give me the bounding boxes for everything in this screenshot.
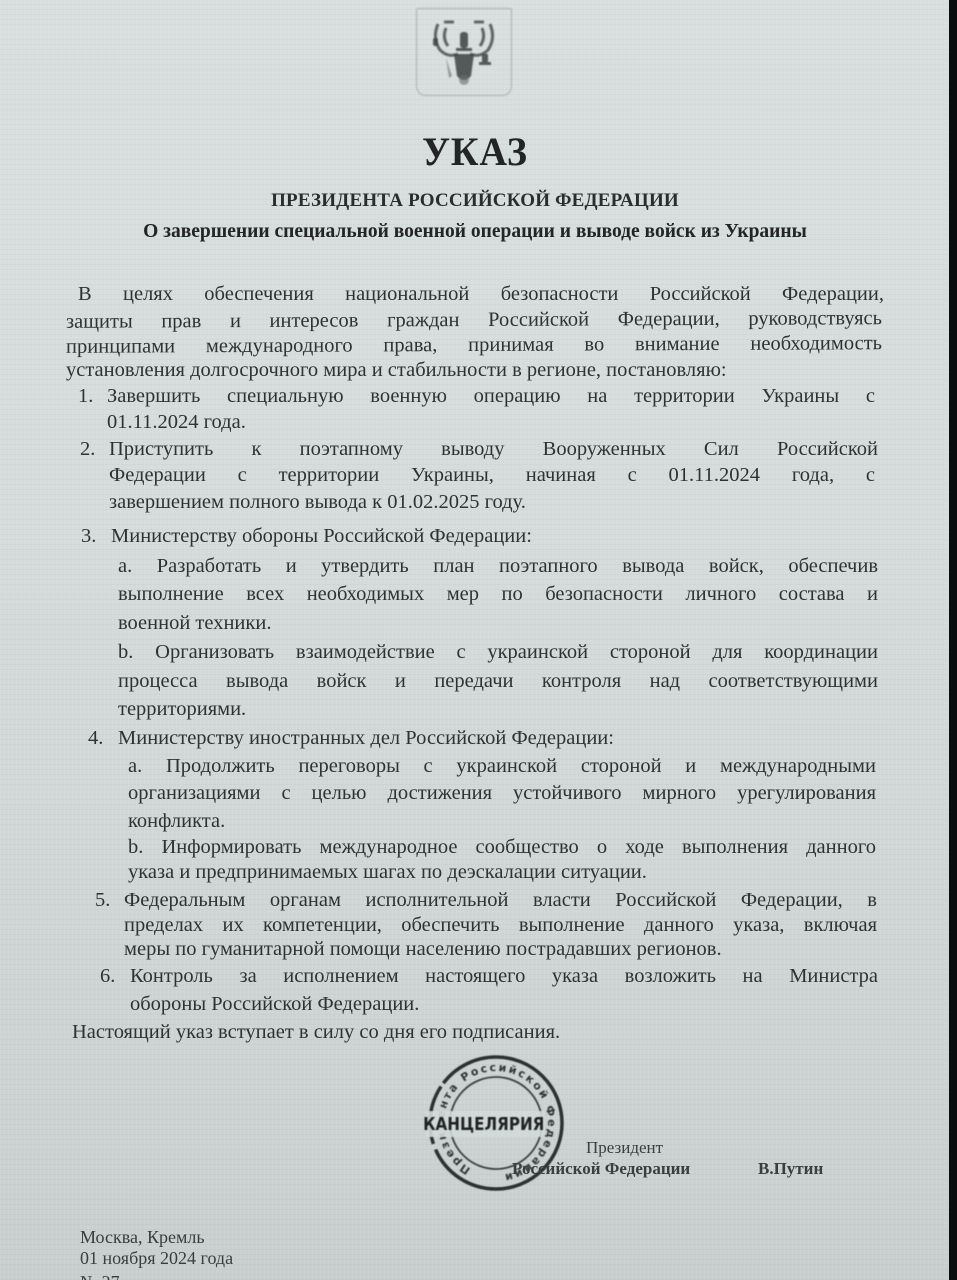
subitem-text: b. Организовать взаимодействие с украинс… bbox=[118, 641, 878, 664]
subitem-text: выполнение всех необходимых мер по безоп… bbox=[118, 583, 878, 606]
coat-of-arms-emblem bbox=[416, 8, 512, 96]
item-text: Министерству обороны Российской Федераци… bbox=[111, 525, 532, 548]
item-text: пределах их компетенции, обеспечить выпо… bbox=[124, 914, 877, 937]
closing-statement: Настоящий указ вступает в силу со дня ег… bbox=[72, 1021, 560, 1044]
item-text: Министерству иностранных дел Российской … bbox=[118, 727, 614, 750]
item-text: Приступить к поэтапному выводу Вооруженн… bbox=[109, 438, 878, 461]
item-text: Федерации с территории Украины, начиная … bbox=[109, 464, 875, 487]
screen-bezel bbox=[949, 0, 957, 1280]
subitem-text: процесса вывода войск и передачи контрол… bbox=[118, 670, 878, 693]
subitem-text: организациями с целью достижения устойчи… bbox=[128, 782, 876, 805]
preamble-line: защиты прав и интересов граждан Российск… bbox=[66, 307, 882, 334]
subitem-text: a. Продолжить переговоры с украинской ст… bbox=[128, 755, 876, 778]
item-number: 1. bbox=[78, 385, 93, 408]
document-page: УКАЗ ПРЕЗИДЕНТА РОССИЙСКОЙ ФЕДЕРАЦИИ О з… bbox=[0, 0, 950, 1280]
decree-title: УКАЗ bbox=[24, 128, 927, 175]
decree-heading: О завершении специальной военной операци… bbox=[0, 221, 950, 243]
item-text: меры по гуманитарной помощи населению по… bbox=[124, 938, 722, 961]
signing-date: 01 ноября 2024 года bbox=[80, 1248, 233, 1269]
subitem-text: конфликта. bbox=[128, 810, 225, 833]
item-text: завершением полного вывода к 01.02.2025 … bbox=[109, 491, 526, 514]
subitem-text: военной техники. bbox=[118, 612, 271, 635]
signing-place: Москва, Кремль bbox=[80, 1227, 205, 1248]
item-number: 6. bbox=[100, 965, 115, 988]
signature-title-line2: Российской Федерации bbox=[512, 1159, 690, 1179]
item-text: обороны Российской Федерации. bbox=[130, 993, 419, 1016]
subitem-text: a. Разработать и утвердить план поэтапно… bbox=[118, 555, 878, 578]
decree-number-partial: № 27 bbox=[80, 1271, 120, 1280]
signatory-name: В.Путин bbox=[758, 1159, 823, 1179]
decree-subtitle: ПРЕЗИДЕНТА РОССИЙСКОЙ ФЕДЕРАЦИИ bbox=[0, 190, 950, 212]
preamble-line: принципами международного права, принима… bbox=[66, 332, 882, 359]
item-number: 4. bbox=[88, 727, 103, 750]
signature-title-line1: Президент bbox=[586, 1138, 663, 1158]
item-number: 3. bbox=[81, 525, 96, 548]
item-text: Федеральным органам исполнительной власт… bbox=[124, 889, 877, 912]
item-number: 2. bbox=[80, 438, 95, 461]
item-text: Контроль за исполнением настоящего указа… bbox=[130, 965, 878, 988]
stamp-center-text: КАНЦЕЛЯРИЯ bbox=[423, 1114, 544, 1134]
preamble-line: В целях обеспечения национальной безопас… bbox=[78, 283, 884, 306]
preamble-line: установления долгосрочного мира и стабил… bbox=[66, 359, 727, 382]
subitem-text: указа и предпринимаемых шагах по деэскал… bbox=[128, 861, 647, 884]
item-number: 5. bbox=[95, 889, 110, 912]
subitem-text: b. Информировать международное сообществ… bbox=[128, 836, 876, 859]
double-headed-eagle-icon bbox=[424, 14, 504, 90]
item-text: Завершить специальную военную операцию н… bbox=[107, 385, 875, 408]
subitem-text: территориями. bbox=[118, 698, 246, 721]
item-text: 01.11.2024 года. bbox=[107, 411, 246, 434]
